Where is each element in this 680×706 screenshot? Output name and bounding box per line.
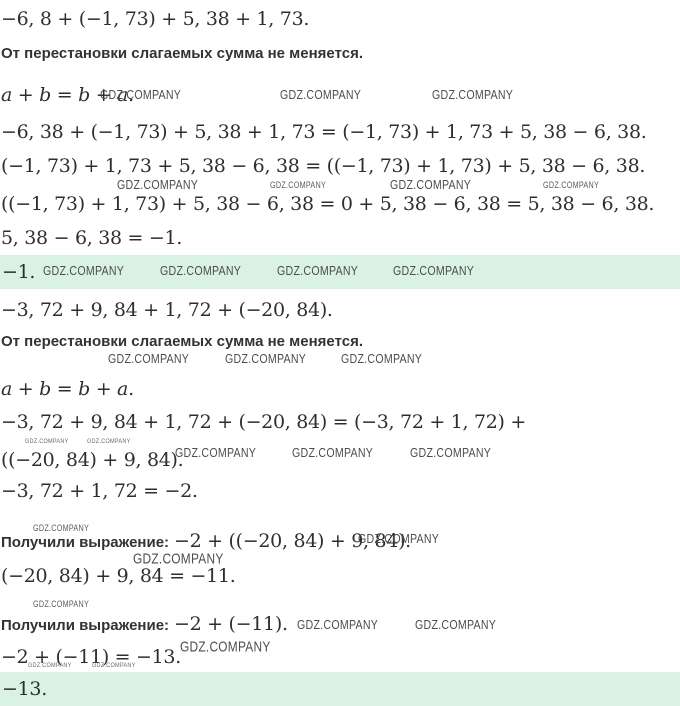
step-2-1: −3, 72 + 9, 84 + 1, 72 + (−20, 84) = (−3… [1, 409, 526, 435]
solution-page: −6, 8 + (−1, 73) + 5, 38 + 1, 73. От пер… [0, 0, 680, 706]
watermark: GDZ.COMPANY [180, 639, 271, 654]
watermark: GDZ.COMPANY [543, 181, 599, 190]
watermark: GDZ.COMPANY [415, 619, 496, 632]
answer-1: −1. [2, 255, 35, 289]
watermark: GDZ.COMPANY [297, 619, 378, 632]
step-1-4: 5, 38 − 6, 38 = −1. [1, 225, 182, 251]
rule-text-1: От перестановки слагаемых сумма не меняе… [1, 44, 363, 64]
watermark: GDZ.COMPANY [277, 265, 358, 278]
expression-2: −3, 72 + 9, 84 + 1, 72 + (−20, 84). [1, 297, 333, 323]
watermark: GDZ.COMPANY [341, 353, 422, 366]
watermark: GDZ.COMPANY [225, 353, 306, 366]
watermark: GDZ.COMPANY [393, 265, 474, 278]
watermark: GDZ.COMPANY [160, 265, 241, 278]
step-1-3: ((−1, 73) + 1, 73) + 5, 38 − 6, 38 = 0 +… [1, 191, 654, 217]
step-1-1: −6, 38 + (−1, 73) + 5, 38 + 1, 73 = (−1,… [1, 119, 647, 145]
answer-2: −13. [2, 672, 47, 706]
watermark: GDZ.COMPANY [175, 447, 256, 460]
got-expression-2: Получили выражение: −2 + (−11). [1, 611, 288, 637]
step-2-2: −3, 72 + 1, 72 = −2. [1, 478, 198, 504]
watermark: GDZ.COMPANY [270, 181, 326, 190]
watermark: GDZ.COMPANY [390, 179, 471, 192]
watermark: GDZ.COMPANY [292, 447, 373, 460]
watermark: GDZ.COMPANY [280, 89, 361, 102]
rule-text-2: От перестановки слагаемых сумма не меняе… [1, 332, 363, 352]
got-label-1: Получили выражение: [1, 533, 169, 553]
step-1-2: (−1, 73) + 1, 73 + 5, 38 − 6, 38 = ((−1,… [1, 153, 645, 179]
watermark: GDZ.COMPANY [432, 89, 513, 102]
watermark: GDZ.COMPANY [108, 353, 189, 366]
watermark: GDZ.COMPANY [410, 447, 491, 460]
step-2-4: −2 + (−11) = −13. [1, 644, 181, 670]
watermark: GDZ.COMPANY [25, 439, 69, 446]
answer-highlight-2: −13. [0, 672, 680, 706]
expression-1: −6, 8 + (−1, 73) + 5, 38 + 1, 73. [1, 6, 309, 32]
step-2-3: (−20, 84) + 9, 84 = −11. [1, 563, 235, 589]
step-2-1b: ((−20, 84) + 9, 84). [1, 447, 183, 473]
identity-2: a + b = b + a. [1, 376, 134, 402]
watermark: GDZ.COMPANY [87, 439, 131, 446]
watermark: GDZ.COMPANY [117, 179, 198, 192]
watermark: GDZ.COMPANY [33, 600, 89, 609]
got-expression-1: Получили выражение: −2 + ((−20, 84) + 9,… [1, 528, 411, 554]
got-expr-1: −2 + ((−20, 84) + 9, 84). [174, 528, 411, 554]
identity-1: a + b = b + a. [1, 82, 134, 108]
answer-highlight-1: −1. GDZ.COMPANY GDZ.COMPANY GDZ.COMPANY … [0, 255, 680, 289]
got-expr-2: −2 + (−11). [174, 611, 288, 637]
watermark: GDZ.COMPANY [43, 265, 124, 278]
got-label-2: Получили выражение: [1, 616, 169, 636]
